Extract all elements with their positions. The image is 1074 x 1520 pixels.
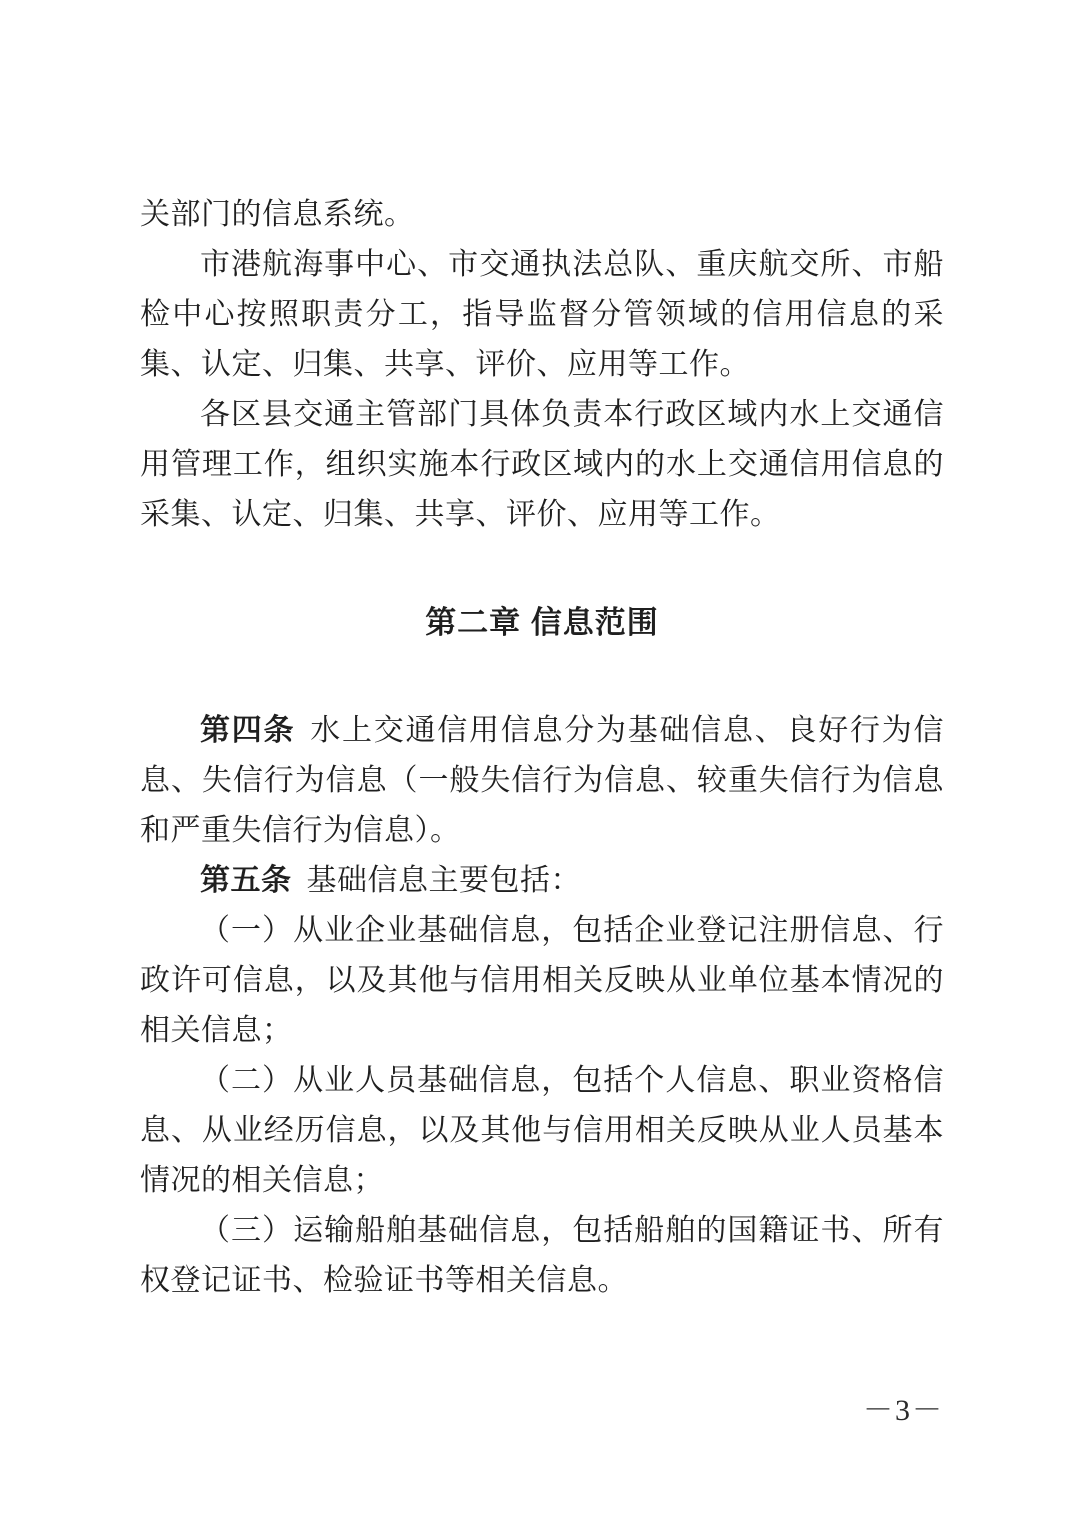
paragraph-municipal-agencies: 市港航海事中心、市交通执法总队、重庆航交所、市船检中心按照职责分工，指导监督分管… bbox=[140, 240, 944, 390]
chapter-heading: 第二章 信息范围 bbox=[140, 598, 944, 648]
article-5-number: 第五条 bbox=[200, 864, 292, 897]
document-body: 关部门的信息系统。 市港航海事中心、市交通执法总队、重庆航交所、市船检中心按照职… bbox=[140, 190, 944, 1306]
list-item-2: （二）从业人员基础信息，包括个人信息、职业资格信息、从业经历信息，以及其他与信用… bbox=[140, 1056, 944, 1206]
article-5-text: 基础信息主要包括： bbox=[307, 864, 582, 897]
list-item-3: （三）运输船舶基础信息，包括船舶的国籍证书、所有权登记证书、检验证书等相关信息。 bbox=[140, 1206, 944, 1306]
paragraph-district-authorities: 各区县交通主管部门具体负责本行政区域内水上交通信用管理工作，组织实施本行政区域内… bbox=[140, 390, 944, 540]
article-5: 第五条基础信息主要包括： bbox=[140, 856, 944, 906]
paragraph-continuation: 关部门的信息系统。 bbox=[140, 190, 944, 240]
page-number: －3－ bbox=[863, 1394, 944, 1428]
article-4: 第四条水上交通信用信息分为基础信息、良好行为信息、失信行为信息（一般失信行为信息… bbox=[140, 706, 944, 856]
document-page: 关部门的信息系统。 市港航海事中心、市交通执法总队、重庆航交所、市船检中心按照职… bbox=[0, 0, 1074, 1520]
list-item-1: （一）从业企业基础信息，包括企业登记注册信息、行政许可信息，以及其他与信用相关反… bbox=[140, 906, 944, 1056]
article-4-number: 第四条 bbox=[200, 714, 295, 747]
